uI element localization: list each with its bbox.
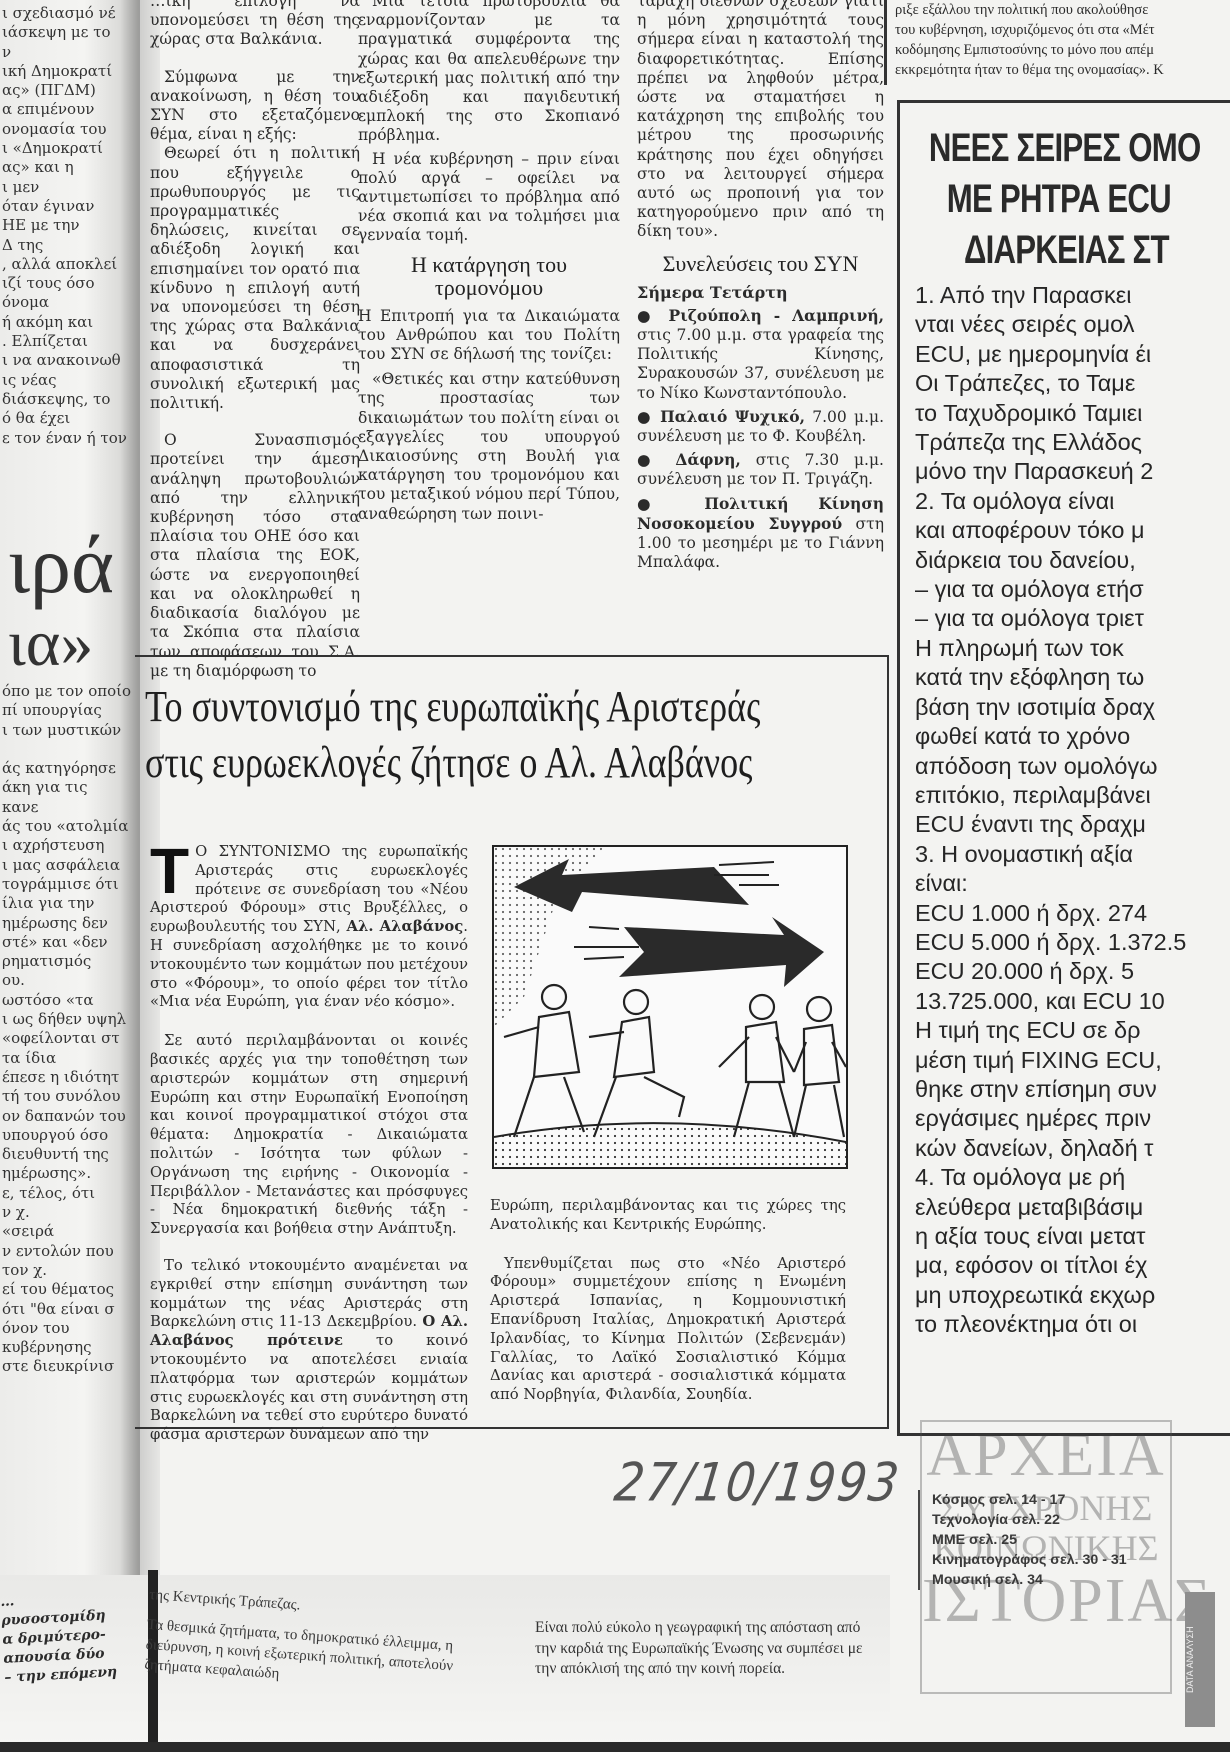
text-line: τον χ. [2,1261,131,1280]
headline-line: ΔΙΑΡΚΕΙΑΣ ΣΤ [900,225,1212,276]
column-2-text: …ική επιλογή να υπονομεύσει τη θέση της … [150,0,360,681]
text-line: ε, τέλος, ότι [2,1184,131,1203]
left-partial-text: ι σχεδιασμό νέιάσκεψη με τονική Δημοκρατ… [0,0,140,448]
text-line: 4. Τα ομόλογα με ρή [915,1163,1230,1192]
text-line: ν χ. [2,1203,131,1222]
text-line: κοδόμησης Εμπιστοσύνης το μόνο που απέμ [895,40,1230,60]
subheading-syn-meetings: Συνελεύσεις του ΣΥΝ [637,252,884,275]
text-line: μα, εφόσον οι τίτλοι έχ [915,1251,1230,1280]
bottom-right-text: Είναι πολύ εύκολο η γεωγραφική της απόστ… [535,1618,875,1680]
text-line: μέση τιμή FIXING ECU, [915,1046,1230,1075]
text-line: ECU έναντι της δραχμ [915,810,1230,839]
text-line: «σειρά [2,1222,131,1241]
text-line: στε διευκρίνισ [2,1357,131,1376]
text-line: εργάσιμες ημέρες πριν [915,1104,1230,1133]
paragraph: Η Επιτροπή για τα Δικαιώματα του Ανθρώπο… [358,307,620,365]
text-line: 1. Από την Παρασκει [915,281,1230,310]
text-line: – για τα ομόλογα τριετ [915,604,1230,633]
text-line [2,740,131,759]
column-4-text: ταραχή διεθνών σχέσεων γιατί η μόνη χρησ… [637,0,884,576]
text-line: του κυβέρνηση, ισχυριζόμενος ότι στα «Μέ… [895,20,1230,40]
watermark-line: ΑΡΧΕΙΑ [922,1422,1170,1488]
text-line: το Ταχυδρομικό Ταμιει [915,399,1230,428]
arrows-and-walking-figures-illustration [492,845,848,1169]
lead-bold: Αλ. Αλαβάνος [346,918,463,935]
index-item: Τεχνολογία σελ. 22 [932,1510,1230,1530]
meeting-item: ● Δάφνη, στις 7.30 μ.μ. συνέλευση με τον… [637,450,884,489]
text-line: 2. Τα ομόλογα είναι [915,487,1230,516]
bullet-icon: ● [637,495,704,513]
text-line: τή του συνόλου [2,1087,131,1106]
text-line: άς του «ατολμία [2,817,131,836]
article-headline: Το συντονισμό της ευρωπαϊκής Αριστεράς σ… [145,679,752,791]
bullet-icon: ● [637,408,660,426]
text-line: ι μας ασφάλεια [2,856,131,875]
paragraph: «Θετικές και στην κατεύθυνση της προστασ… [358,370,620,524]
illustration-icon [494,847,846,1167]
left-partial-column: ι σχεδιασμό νέιάσκεψη με τονική Δημοκρατ… [0,0,140,1752]
left-big-word-2: ια» [8,612,93,676]
bullet-icon: ● [637,451,675,469]
text-line: άκη για τις [2,778,131,797]
drop-cap: Τ [150,845,189,897]
text-line: τογράμμισε ότι [2,875,131,894]
index-item: Κινηματογράφος σελ. 30 - 31 [932,1550,1230,1570]
paragraph: Θεωρεί ότι η πολιτική που εξήγγειλε ο πρ… [150,144,360,413]
text-line: θηκε στην επίσημη συν [915,1075,1230,1104]
subheading-terror-law: Η κατάργηση του τρομονόμου [358,253,620,299]
paragraph: Σε αυτό περιλαμβάνονται οι κοινές βασικέ… [150,1032,468,1239]
text-line: ι των μυστικών [2,721,131,740]
meeting-place: Ριζούπολη - Λαμπρινή, [669,306,884,325]
text-line: υπουργού όσο [2,1126,131,1145]
paragraph: Μια τέτοια πρωτοβουλία θα εναρμονίζονταν… [358,0,620,146]
article-body-right: Ευρώπη, περιλαμβάνοντας και τις χώρες τη… [490,1197,846,1405]
text-line: ι αχρήστευση [2,836,131,855]
text-line: απόδοση των ομολόγω [915,752,1230,781]
text-line: η αξία τους είναι μετατ [915,1222,1230,1251]
text-line: εί του θέματος [2,1280,131,1299]
text-line: μη υποχρεωτικά εκχωρ [915,1281,1230,1310]
index-tab: DATA ΑΝΑΛΥΣΗ [1185,1592,1215,1727]
text-line: κών δανείων, δηλαδή τ [915,1134,1230,1163]
text-line: ον δαπανών του [2,1107,131,1126]
text-line: ότι "θα είναι σ [2,1300,131,1319]
text-line: κατά την εξόφληση τω [915,663,1230,692]
paragraph: …ική επιλογή να υπονομεύσει τη θέση της … [150,0,360,50]
text-line: ωστόσο «τα [2,991,131,1010]
paragraph: Υπενθυμίζεται πως στο «Νέο Αριστερό Φόρο… [490,1255,846,1405]
column-3-text: Μια τέτοια πρωτοβουλία θα εναρμονίζονταν… [358,0,620,524]
handwritten-date: 27/10/1993 [611,1451,904,1513]
ecu-bonds-article: ΝΕΕΣ ΣΕΙΡΕΣ ΟΜΟ ΜΕ ΡΗΤΡΑ ECU ΔΙΑΡΚΕΙΑΣ Σ… [897,100,1230,1436]
meetings-list: ● Ριζούπολη - Λαμπρινή, στις 7.00 μ.μ. σ… [637,306,884,573]
text-line: το πλεονέκτημα ότι οι [915,1310,1230,1339]
text-line: έπεσε η ιδιότητ [2,1068,131,1087]
text-line: νται νέες σειρές ομολ [915,310,1230,339]
text-line: φωθεί κατά το χρόνο [915,722,1230,751]
text-line: Οι Τράπεζες, το Ταμε [915,369,1230,398]
bottom-edge [0,1742,1230,1752]
text-line: – για τα ομόλογα ετήσ [915,575,1230,604]
left-partial-text-b: όπο με τον οποίοπί υπουργίαςι των μυστικ… [2,682,131,1377]
meeting-details: στις 7.00 μ.μ. στα γραφεία της Πολιτικής… [637,326,884,402]
column-rule [884,0,887,85]
text-line: Η τιμή της ECU σε δρ [915,1016,1230,1045]
paragraph: Η νέα κυβέρνηση – πριν είναι πολύ αργά –… [358,150,620,246]
headline-line: στις ευρωεκλογές ζήτησε ο Αλ. Αλαβάνος [145,735,752,791]
paragraph: Σύμφωνα με την ανακοίνωση, η θέση του ΣΥ… [150,68,360,145]
index-item: Μουσική σελ. 34 [932,1570,1230,1590]
text-line: ν εντολών που [2,1242,131,1261]
paragraph: ταραχή διεθνών σχέσεων γιατί η μόνη χρησ… [637,0,884,242]
index-item: Κόσμος σελ. 14 - 17 [932,1490,1230,1510]
text-line: Τράπεζα της Ελλάδος [915,428,1230,457]
text-line: βάση την ισοτιμία δραχ [915,693,1230,722]
section-index: Κόσμος σελ. 14 - 17 Τεχνολογία σελ. 22 Μ… [918,1490,1230,1590]
text-line: ημέρωσης». [2,1164,131,1183]
text-line: ου. [2,971,131,990]
text-line: ECU 5.000 ή δρχ. 1.372.5 [915,928,1230,957]
text-line: ι ως δήθεν υψηλ [2,1010,131,1029]
text-line: κυβέρνησης [2,1338,131,1357]
day-heading: Σήμερα Τετάρτη [637,283,884,302]
text-line: κανε [2,798,131,817]
text-line: όπο με τον οποίο [2,682,131,701]
text-line: άς κατηγόρησε [2,759,131,778]
text-line: τα ίδια [2,1049,131,1068]
text-line: και αποφέρουν τόκο μ [915,516,1230,545]
text-line: ECU 1.000 ή δρχ. 274 [915,899,1230,928]
headline-line: ΜΕ ΡΗΤΡΑ ECU [900,174,1212,225]
text-line: επιτόκιο, περιλαμβάνει [915,781,1230,810]
headline-line: Το συντονισμό της ευρωπαϊκής Αριστεράς [145,679,752,735]
left-big-word-1: ιρά [8,525,114,605]
text-line: μόνο την Παρασκευή 2 [915,457,1230,486]
paragraph-text: Το τελικό ντοκουμέντο αναμένεται να εγκρ… [150,1257,468,1330]
text-line: είναι: [915,869,1230,898]
text-line: ECU 20.000 ή δρχ. 5 [915,957,1230,986]
text-line: διευθυντή της [2,1145,131,1164]
headline-line: ΝΕΕΣ ΣΕΙΡΕΣ ΟΜΟ [900,123,1212,174]
text-line: ίλια για την [2,894,131,913]
text-line: όνον του [2,1319,131,1338]
ecu-headline: ΝΕΕΣ ΣΕΙΡΕΣ ΟΜΟ ΜΕ ΡΗΤΡΑ ECU ΔΙΑΡΚΕΙΑΣ Σ… [900,123,1212,276]
text-line: ημέρωσης δεν [2,914,131,933]
meeting-place: Δάφνη, [675,450,740,469]
text-line: πί υπουργίας [2,701,131,720]
text-line: διάρκεια του δανείου, [915,546,1230,575]
text-line: 13.725.000, και ECU 10 [915,987,1230,1016]
bullet-icon: ● [637,307,669,325]
text-line: ECU, με ημερομηνία έι [915,340,1230,369]
meeting-place: Παλαιό Ψυχικό, [660,407,805,426]
paragraph: Ο Συνασπισμός προτείνει την άμεση ανάληψ… [150,431,360,681]
text-line: 3. Η ονομαστική αξία [915,840,1230,869]
text-line: στέ» και «δεν [2,933,131,952]
column-5-text: ριξε εξάλλου την πολιτική που ακολούθησε… [895,0,1230,80]
ecu-body-text: 1. Από την Παρασκεινται νέες σειρές ομολ… [915,281,1230,1340]
paragraph: Ευρώπη, περιλαμβάνοντας και τις χώρες τη… [490,1197,846,1235]
text-line: Η πληρωμή των τοκ [915,634,1230,663]
text-line: «οφείλονται στ [2,1029,131,1048]
text-line: ριξε εξάλλου την πολιτική που ακολούθησε [895,0,1230,20]
bottom-left-text: … ρυσοστομίδη α δριμύτερο- απουσία δύο –… [0,1586,135,1688]
meeting-item: ● Ριζούπολη - Λαμπρινή, στις 7.00 μ.μ. σ… [637,306,884,403]
text-line: ρηματισμός [2,952,131,971]
meeting-item: ● Παλαιό Ψυχικό, 7.00 μ.μ. συνέλευση με … [637,407,884,446]
text-line: εκκρεμότητα ήταν το θέμα της ονομασίας».… [895,60,1230,80]
text-line: ελεύθερα μεταβιβάσιμ [915,1193,1230,1222]
meeting-item: ● Πολιτική Κίνηση Νοσοκομείου Συγγρού στ… [637,494,884,573]
index-item: ΜΜΕ σελ. 25 [932,1530,1230,1550]
article-body-left: ΤΟ ΣΥΝΤΟΝΙΣΜΟ της ευρωπαϊκής Αριστεράς σ… [150,843,468,1445]
